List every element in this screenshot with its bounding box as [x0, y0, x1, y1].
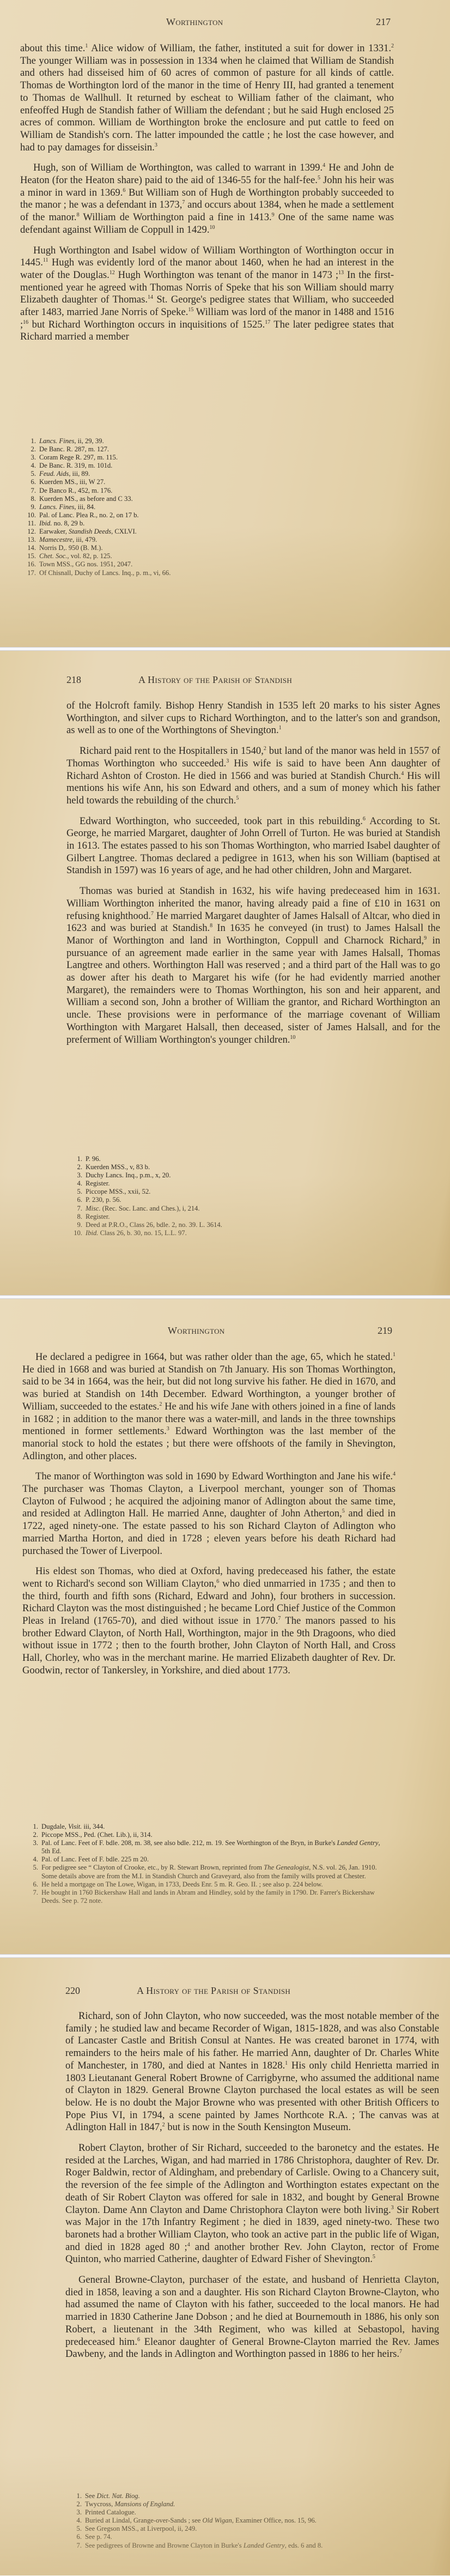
italic-title: Landed Gentry: [244, 2542, 285, 2549]
footnote: 4.Register.: [71, 1180, 409, 1188]
footnote: 3.Duchy Lancs. Inq., p.m., x, 20.: [71, 1171, 409, 1180]
footnote-number: 3.: [27, 1839, 38, 1847]
text-run: iii, 344.: [82, 1823, 105, 1830]
text-run: See Gregson MSS., at Liverpool, ii, 249.: [85, 2525, 197, 2532]
italic-title: Old Wigan: [203, 2517, 232, 2524]
footnote-number: 7.: [71, 2542, 82, 2550]
text-run: Robert Clayton, brother of Sir Richard, …: [65, 2142, 439, 2216]
text-run: , eds. 6 and 8.: [285, 2542, 323, 2549]
page-218: 218 A History of the Parish of Standish …: [0, 651, 450, 1295]
footnote-number: 2.: [27, 1831, 38, 1839]
text-run: The purchaser was Thomas Clayton, a Live…: [22, 1483, 396, 1519]
footnote-number: 11.: [25, 519, 36, 528]
text-run: See p. 74.: [85, 2533, 112, 2541]
italic-title: Misc.: [86, 1205, 101, 1212]
text-run: He declared a pedigree in 1664, but was …: [35, 1351, 393, 1363]
footnote: 6.P. 230, p. 56.: [71, 1196, 409, 1204]
text-run: , ii, 29, 39.: [74, 437, 104, 445]
text-run: He bought in 1760 Bickershaw Hall and la…: [41, 1889, 375, 1904]
text-run: in pursuance of an agreement made earlie…: [66, 935, 440, 1045]
paragraph: Thomas was buried at Standish in 1632, h…: [66, 885, 440, 1046]
footnote-ref: 17: [265, 319, 270, 325]
text-run: Dugdale,: [41, 1823, 68, 1830]
text-run: Edward Worthington, who succeeded, took …: [80, 815, 363, 827]
footnote: 4.Pal. of Lanc. Feet of F. bdle. 225 m 2…: [27, 1855, 387, 1864]
text-run: Class 26, b. 30, no. 15, L.L. 97.: [98, 1229, 186, 1237]
text-run: Twycross,: [85, 2500, 114, 2508]
page-219: Worthington 219 He declared a pedigree i…: [0, 1299, 450, 1954]
text-run: but Richard Worthington occurs in inquis…: [28, 319, 265, 330]
footnote-ref: 3: [155, 142, 157, 148]
footnote: 5.Feud. Aids, iii, 89.: [25, 470, 374, 478]
footnote: 6.See p. 74.: [71, 2533, 425, 2541]
text-run: P. 96.: [86, 1155, 101, 1163]
footnote: 17.Of Chisnall, Duchy of Lancs. Inq., p.…: [25, 569, 374, 577]
footnote-number: 14.: [25, 544, 36, 552]
text-run: De Banc. R. 287, m. 127.: [39, 445, 109, 453]
footnote: 11.Ibid. no. 8, 29 b.: [25, 519, 374, 528]
italic-title: Lancs. Fines: [39, 437, 74, 445]
footnotes: 1.P. 96.2.Kuerden MSS., v, 83 b.3.Duchy …: [71, 1155, 409, 1237]
body-text: of the Holcroft family. Bishop Henry Sta…: [66, 700, 440, 1054]
italic-title: The Genealogist: [264, 1864, 309, 1871]
footnote: 3.Coram Rege R. 297, m. 115.: [25, 453, 374, 462]
footnote-number: 1.: [71, 1155, 82, 1163]
footnote-number: 8.: [71, 1213, 82, 1221]
text-run: Hugh Worthington was tenant of the manor…: [115, 269, 338, 281]
text-run: (Rec. Soc. Lanc. and Ches.), i, 214.: [101, 1205, 200, 1212]
footnote-number: 16.: [25, 560, 36, 569]
footnote-number: 5.: [25, 470, 36, 478]
footnote: 2.Piccope MSS., Ped. (Chet. Lib.), ii, 3…: [27, 1831, 387, 1839]
footnote: 5.For pedigree see “ Clayton of Crooke, …: [27, 1864, 387, 1880]
footnote: 3.Pal. of Lanc. Feet of F. bdle. 208, m.…: [27, 1839, 387, 1855]
body-text: Richard, son of John Clayton, who now su…: [65, 2010, 439, 2369]
footnote: 1.Lancs. Fines, ii, 29, 39.: [25, 437, 374, 445]
paragraph: Hugh Worthington and Isabel widow of Wil…: [20, 245, 394, 344]
paragraph: General Browne-Clayton, purchaser of the…: [65, 2274, 439, 2361]
footnote: 1.See Dict. Nat. Biog.: [71, 2492, 425, 2500]
footnote-number: 1.: [71, 2492, 82, 2500]
footnote-number: 5.: [71, 1188, 82, 1196]
body-text: about this time.1 Alice widow of William…: [20, 43, 394, 352]
text-run: , iii, 479.: [72, 536, 97, 543]
paragraph: Hugh, son of William de Worthington, was…: [20, 162, 394, 236]
italic-title: Mansions of England.: [114, 2500, 175, 2508]
page-220: 220 A History of the Parish of Standish …: [0, 1958, 450, 2575]
footnote: 2.De Banc. R. 287, m. 127.: [25, 445, 374, 453]
footnote: 1.P. 96.: [71, 1155, 409, 1163]
text-run: He held a mortgage on The Lowe, Wigan, i…: [41, 1880, 323, 1888]
running-head: Worthington: [168, 1325, 225, 1337]
text-run: Piccope MSS., xxii, 52.: [86, 1188, 150, 1195]
paragraph: Richard paid rent to the Hospitallers in…: [66, 745, 440, 807]
footnote-number: 7.: [27, 1889, 38, 1897]
text-run: The manor of Worthington was sold in 169…: [35, 1471, 393, 1482]
footnote: 12.Earwaker, Standish Deeds, CXLVI.: [25, 528, 374, 536]
paragraph: of the Holcroft family. Bishop Henry Sta…: [66, 700, 440, 737]
footnote-ref: 2: [391, 43, 394, 49]
paragraph: His eldest son Thomas, who died at Oxfor…: [22, 1565, 396, 1677]
text-run: about this time.: [20, 43, 85, 54]
italic-title: Mamecestre: [39, 536, 72, 543]
footnote: 13.Mamecestre, iii, 479.: [25, 536, 374, 544]
text-run: Town MSS., GG nos. 1951, 2047.: [39, 560, 132, 568]
footnote-number: 1.: [27, 1823, 38, 1831]
footnote-number: 4.: [71, 1180, 82, 1188]
text-run: Register.: [86, 1180, 110, 1187]
footnote-ref: 12: [110, 270, 115, 276]
italic-title: Standish Deeds: [69, 528, 111, 535]
footnote-number: 6.: [27, 1880, 38, 1889]
footnote: 7.He bought in 1760 Bickershaw Hall and …: [27, 1889, 387, 1905]
footnote-ref: 10: [290, 1035, 295, 1041]
text-run: De Banc. R. 319, m. 101d.: [39, 462, 112, 469]
page-number: 217: [376, 16, 391, 28]
footnote-number: 6.: [71, 1196, 82, 1204]
footnote-number: 3.: [71, 2508, 82, 2517]
footnote-number: 10.: [25, 511, 36, 519]
footnote: 2.Kuerden MSS., v, 83 b.: [71, 1163, 409, 1171]
footnote-number: 8.: [25, 495, 36, 503]
footnote-number: 15.: [25, 552, 36, 560]
footnote-number: 17.: [25, 569, 36, 577]
footnote-number: 2.: [71, 1163, 82, 1171]
footnote-ref: 4: [393, 1471, 396, 1477]
italic-title: Lancs. Fines: [39, 503, 74, 511]
text-run: Earwaker,: [39, 528, 69, 535]
footnote: 15.Chet. Soc., vol. 82, p. 125.: [25, 552, 374, 560]
footnote-ref: 5: [373, 2254, 375, 2260]
italic-title: Chet. Soc.: [39, 552, 67, 560]
italic-title: Dict. Nat. Biog.: [96, 2492, 139, 2500]
page-number: 219: [378, 1325, 392, 1337]
footnote-number: 1.: [25, 437, 36, 445]
page-separator: [0, 647, 450, 651]
italic-title: Landed Gentry: [337, 1839, 379, 1847]
text-run: Piccope MSS., Ped. (Chet. Lib.), ii, 314…: [41, 1831, 153, 1839]
paragraph: He declared a pedigree in 1664, but was …: [22, 1351, 396, 1462]
footnote-number: 12.: [25, 528, 36, 536]
footnote: 4.De Banc. R. 319, m. 101d.: [25, 462, 374, 470]
text-run: Richard paid rent to the Hospitallers in…: [80, 745, 264, 757]
text-run: Hugh, son of William de Worthington, was…: [33, 162, 323, 173]
italic-title: Visit.: [68, 1823, 82, 1830]
footnote-ref: 13: [338, 270, 344, 276]
footnote: 7.See pedigrees of Browne and Browne Cla…: [71, 2542, 425, 2550]
text-run: Deed at P.R.O., Class 26, bdle. 2, no. 3…: [86, 1221, 222, 1229]
paragraph: Robert Clayton, brother of Sir Richard, …: [65, 2142, 439, 2266]
text-run: Kuerden MS., iii, W 27.: [39, 478, 105, 486]
footnote: 14.Norris D,. 950 (B. M.).: [25, 544, 374, 552]
footnote-number: 4.: [71, 2517, 82, 2525]
text-run: Pal. of Lanc. Feet of F. bdle. 225 m 20.: [41, 1855, 149, 1863]
page-separator: [0, 1295, 450, 1299]
footnote-number: 5.: [27, 1864, 38, 1872]
text-run: Pal. of Lanc. Plea R., no. 2, on 17 b.: [39, 511, 139, 519]
footnote: 10.Ibid. Class 26, b. 30, no. 15, L.L. 9…: [71, 1229, 409, 1237]
footnote: 2.Twycross, Mansions of England.: [71, 2500, 425, 2508]
text-run: See: [85, 2492, 96, 2500]
footnote-ref: 7: [399, 2349, 402, 2355]
body-text: He declared a pedigree in 1664, but was …: [22, 1351, 396, 1685]
text-run: , CXLVI.: [111, 528, 137, 535]
footnote: 10.Pal. of Lanc. Plea R., no. 2, on 17 b…: [25, 511, 374, 519]
footnote-number: 7.: [25, 487, 36, 495]
footnote: 6.Kuerden MS., iii, W 27.: [25, 478, 374, 486]
footnote: 6.He held a mortgage on The Lowe, Wigan,…: [27, 1880, 387, 1889]
italic-title: Ibid.: [86, 1229, 98, 1237]
text-run: Kuerden MS., as before and C 33.: [39, 495, 133, 503]
text-run: Printed Catalogue.: [85, 2508, 136, 2516]
footnotes: 1.Dugdale, Visit. iii, 344.2.Piccope MSS…: [27, 1823, 387, 1905]
footnote-number: 4.: [27, 1855, 38, 1864]
text-run: but is now in the South Kensington Museu…: [165, 2121, 351, 2133]
footnote: 1.Dugdale, Visit. iii, 344.: [27, 1823, 387, 1831]
footnote-number: 6.: [25, 478, 36, 486]
text-run: , iii, 89.: [69, 470, 90, 477]
footnote-number: 3.: [25, 453, 36, 462]
text-run: De Banco R., 452, m. 176.: [39, 487, 112, 494]
page-separator: [0, 1954, 450, 1958]
page-number: 218: [66, 674, 81, 686]
text-run: For pedigree see “ Clayton of Crooke, et…: [41, 1864, 264, 1871]
text-run: The younger William was in possession in…: [20, 55, 394, 153]
paragraph: The manor of Worthington was sold in 169…: [22, 1471, 396, 1557]
footnote-ref: 16: [23, 319, 28, 325]
footnotes: 1.Lancs. Fines, ii, 29, 39.2.De Banc. R.…: [25, 437, 374, 577]
paragraph: Edward Worthington, who succeeded, took …: [66, 815, 440, 878]
text-run: , vol. 82, p. 125.: [67, 552, 112, 560]
page-number: 220: [65, 1985, 80, 1997]
footnote-number: 9.: [25, 503, 36, 511]
footnote-number: 2.: [25, 445, 36, 453]
text-run: of the Holcroft family. Bishop Henry Sta…: [66, 700, 440, 736]
footnote-number: 4.: [25, 462, 36, 470]
running-head: A History of the Parish of Standish: [137, 1985, 290, 1997]
footnote-number: 13.: [25, 536, 36, 544]
footnote: 5.See Gregson MSS., at Liverpool, ii, 24…: [71, 2525, 425, 2533]
text-run: , iii, 84.: [74, 503, 95, 511]
text-run: Buried at Lindal, Grange-over-Sands ; se…: [85, 2517, 203, 2524]
text-run: Coram Rege R. 297, m. 115.: [39, 453, 118, 461]
footnote-ref: 10: [209, 225, 215, 231]
footnote-ref: 1: [393, 1352, 396, 1358]
footnote-number: 3.: [71, 1171, 82, 1180]
footnote: 7.De Banco R., 452, m. 176.: [25, 487, 374, 495]
footnote: 8.Register.: [71, 1213, 409, 1221]
running-head: A History of the Parish of Standish: [138, 674, 292, 686]
text-run: no. 8, 29 b.: [52, 519, 84, 527]
footnote-ref: 14: [148, 294, 153, 300]
footnote-number: 5.: [71, 2525, 82, 2533]
text-run: Norris D,. 950 (B. M.).: [39, 544, 103, 552]
footnote: 8.Kuerden MS., as before and C 33.: [25, 495, 374, 503]
text-run: William de Worthington paid a fine in 14…: [80, 211, 272, 223]
text-run: Kuerden MSS., v, 83 b.: [86, 1163, 150, 1171]
text-run: See pedigrees of Browne and Browne Clayt…: [85, 2542, 244, 2549]
footnote: 9.Lancs. Fines, iii, 84.: [25, 503, 374, 511]
text-run: Duchy Lancs. Inq., p.m., x, 20.: [86, 1171, 171, 1179]
footnote-number: 7.: [71, 1205, 82, 1213]
footnotes: 1.See Dict. Nat. Biog.2.Twycross, Mansio…: [71, 2492, 425, 2550]
footnote: 3.Printed Catalogue.: [71, 2508, 425, 2517]
italic-title: Feud. Aids: [39, 470, 69, 477]
page-217: Worthington 217 about this time.1 Alice …: [0, 0, 450, 647]
text-run: P. 230, p. 56.: [86, 1196, 121, 1204]
text-run: Alice widow of William, the father, inst…: [88, 43, 391, 54]
footnote: 4.Buried at Lindal, Grange-over-Sands ; …: [71, 2517, 425, 2525]
footnote-number: 10.: [71, 1229, 82, 1237]
footnote-number: 6.: [71, 2533, 82, 2541]
text-run: , Examiner Office, nos. 15, 96.: [232, 2517, 317, 2524]
running-head: Worthington: [166, 16, 223, 28]
italic-title: Ibid.: [39, 519, 52, 527]
footnote: 9.Deed at P.R.O., Class 26, bdle. 2, no.…: [71, 1221, 409, 1229]
text-run: Pal. of Lanc. Feet of F. bdle. 208, m. 3…: [41, 1839, 337, 1847]
footnote-number: 9.: [71, 1221, 82, 1229]
footnote-ref: 15: [188, 307, 193, 313]
footnote-ref: 5: [236, 795, 239, 801]
text-run: Register.: [86, 1213, 110, 1220]
paragraph: Richard, son of John Clayton, who now su…: [65, 2010, 439, 2134]
paragraph: about this time.1 Alice widow of William…: [20, 43, 394, 154]
footnote-number: 2.: [71, 2500, 82, 2508]
text-run: Of Chisnall, Duchy of Lancs. Inq., p. m.…: [39, 569, 171, 577]
footnote: 5.Piccope MSS., xxii, 52.: [71, 1188, 409, 1196]
footnote-ref: 1: [279, 725, 282, 731]
footnote: 16.Town MSS., GG nos. 1951, 2047.: [25, 560, 374, 569]
footnote: 7.Misc. (Rec. Soc. Lanc. and Ches.), i, …: [71, 1205, 409, 1213]
